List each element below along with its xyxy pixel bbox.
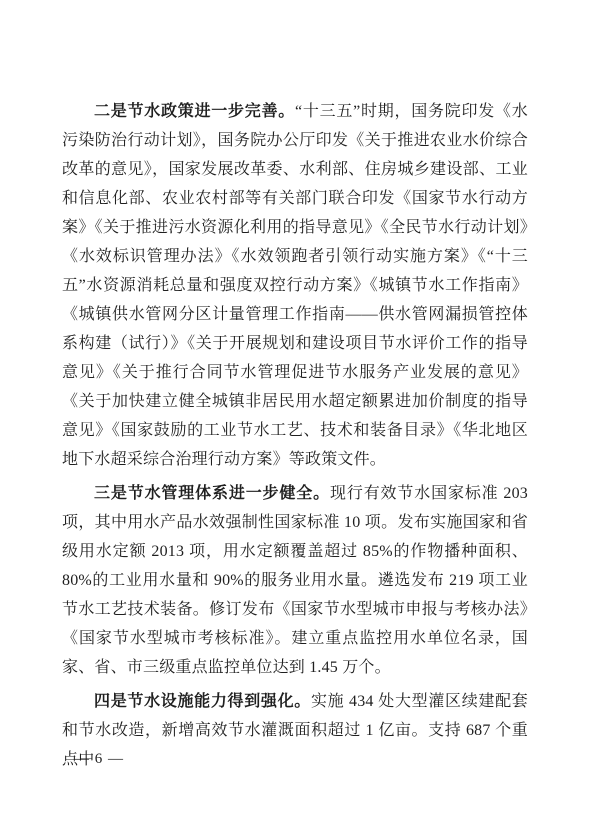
paragraph: 三是节水管理体系进一步健全。现行有效节水国家标准 203 项，其中用水产品水效强… [62,479,528,682]
document-body: 二是节水政策进一步完善。“十三五”时期，国务院印发《水污染防治行动计划》，国务院… [62,97,528,774]
paragraph-text: 现行有效节水国家标准 203 项，其中用水产品水效强制性国家标准 10 项。发布… [62,485,528,676]
paragraph: 二是节水政策进一步完善。“十三五”时期，国务院印发《水污染防治行动计划》，国务院… [62,97,528,474]
paragraph: 四是节水设施能力得到强化。实施 434 处大型灌区续建配套和节水改造，新增高效节… [62,687,528,774]
paragraph-lead: 四是节水设施能力得到强化。 [94,693,311,710]
page-number: — 6 — [74,749,124,769]
paragraph-lead: 三是节水管理体系进一步健全。 [94,485,330,502]
document-page: 二是节水政策进一步完善。“十三五”时期，国务院印发《水污染防治行动计划》，国务院… [0,0,589,839]
paragraph-text: “十三五”时期，国务院印发《水污染防治行动计划》，国务院办公厅印发《关于推进农业… [62,103,528,468]
paragraph-lead: 二是节水政策进一步完善。 [94,103,295,120]
